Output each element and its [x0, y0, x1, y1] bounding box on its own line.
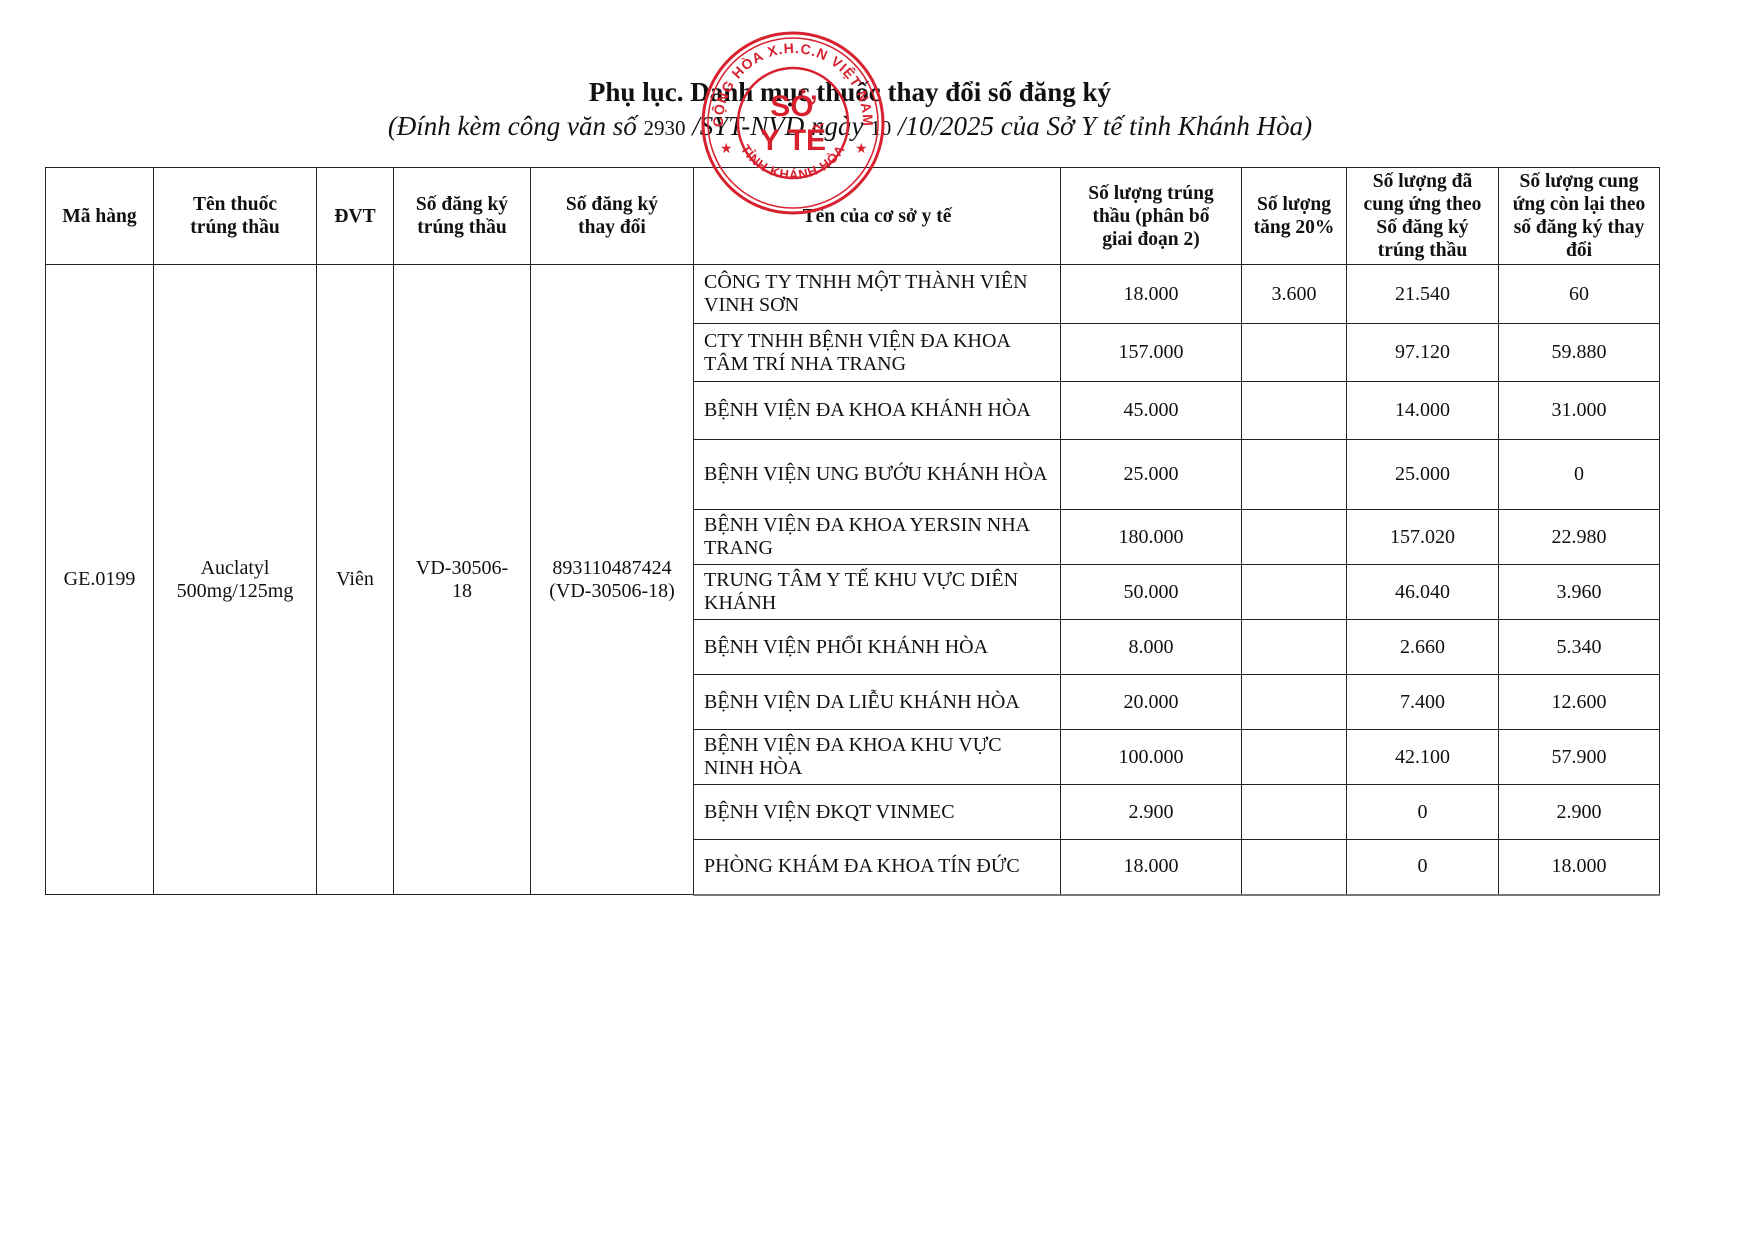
header-item-code: Mã hàng	[46, 168, 154, 265]
reg-changed-cell: 893110487424 (VD-30506-18)	[531, 265, 694, 895]
increase-20	[1242, 675, 1347, 730]
remaining-qty: 60	[1499, 265, 1660, 324]
supplied-qty: 46.040	[1347, 565, 1499, 620]
remaining-qty: 31.000	[1499, 382, 1660, 440]
awarded-qty: 157.000	[1061, 324, 1242, 382]
awarded-qty: 20.000	[1061, 675, 1242, 730]
doc-number: 2930	[644, 116, 686, 140]
increase-20	[1242, 440, 1347, 510]
supplied-qty: 0	[1347, 840, 1499, 895]
supplied-qty: 21.540	[1347, 265, 1499, 324]
awarded-qty: 25.000	[1061, 440, 1242, 510]
awarded-qty: 18.000	[1061, 265, 1242, 324]
remaining-qty: 18.000	[1499, 840, 1660, 895]
increase-20	[1242, 565, 1347, 620]
header-reg-changed: Số đăng ký thay đổi	[531, 168, 694, 265]
drug-registration-table: Mã hàng Tên thuốc trúng thầu ĐVT Số đăng…	[45, 167, 1660, 896]
unit-cell: Viên	[317, 265, 394, 895]
header-remaining: Số lượng cung ứng còn lại theo số đăng k…	[1499, 168, 1660, 265]
header-reg-awarded: Số đăng ký trúng thầu	[394, 168, 531, 265]
subtitle-prefix: (Đính kèm công văn số	[388, 111, 644, 141]
supplied-qty: 14.000	[1347, 382, 1499, 440]
awarded-qty: 18.000	[1061, 840, 1242, 895]
remaining-qty: 12.600	[1499, 675, 1660, 730]
supplied-qty: 25.000	[1347, 440, 1499, 510]
facility-name: BỆNH VIỆN PHỔI KHÁNH HÒA	[694, 620, 1061, 675]
awarded-qty: 8.000	[1061, 620, 1242, 675]
remaining-qty: 0	[1499, 440, 1660, 510]
awarded-qty: 100.000	[1061, 730, 1242, 785]
remaining-qty: 2.900	[1499, 785, 1660, 840]
increase-20	[1242, 620, 1347, 675]
increase-20	[1242, 382, 1347, 440]
remaining-qty: 5.340	[1499, 620, 1660, 675]
increase-20	[1242, 324, 1347, 382]
header-supplied: Số lượng đã cung ứng theo Số đăng ký trú…	[1347, 168, 1499, 265]
item-code-cell: GE.0199	[46, 265, 154, 895]
awarded-qty: 45.000	[1061, 382, 1242, 440]
document-subtitle: (Đính kèm công văn số 2930 /SYT-NVD ngày…	[0, 110, 1700, 144]
facility-name: PHÒNG KHÁM ĐA KHOA TÍN ĐỨC	[694, 840, 1061, 895]
awarded-qty: 50.000	[1061, 565, 1242, 620]
awarded-qty: 180.000	[1061, 510, 1242, 565]
table-row: GE.0199Auclatyl 500mg/125mgViênVD-30506-…	[46, 265, 1660, 324]
document-title: Phụ lục. Danh mục thuốc thay đổi số đăng…	[0, 76, 1700, 108]
doc-day: 10	[870, 116, 891, 140]
header-awarded-qty: Số lượng trúng thầu (phân bổ giai đoạn 2…	[1061, 168, 1242, 265]
awarded-qty: 2.900	[1061, 785, 1242, 840]
drug-name-cell: Auclatyl 500mg/125mg	[154, 265, 317, 895]
remaining-qty: 22.980	[1499, 510, 1660, 565]
facility-name: CÔNG TY TNHH MỘT THÀNH VIÊN VINH SƠN	[694, 265, 1061, 324]
remaining-qty: 59.880	[1499, 324, 1660, 382]
facility-name: BỆNH VIỆN UNG BƯỚU KHÁNH HÒA	[694, 440, 1061, 510]
subtitle-suffix: /10/2025 của Sở Y tế tỉnh Khánh Hòa)	[891, 111, 1312, 141]
reg-awarded-cell: VD-30506-18	[394, 265, 531, 895]
increase-20: 3.600	[1242, 265, 1347, 324]
supplied-qty: 7.400	[1347, 675, 1499, 730]
header-facility: Tên của cơ sở y tế	[694, 168, 1061, 265]
increase-20	[1242, 730, 1347, 785]
table-header-row: Mã hàng Tên thuốc trúng thầu ĐVT Số đăng…	[46, 168, 1660, 265]
increase-20	[1242, 510, 1347, 565]
remaining-qty: 3.960	[1499, 565, 1660, 620]
header-increase-20: Số lượng tăng 20%	[1242, 168, 1347, 265]
facility-name: BỆNH VIỆN ĐA KHOA YERSIN NHA TRANG	[694, 510, 1061, 565]
increase-20	[1242, 840, 1347, 895]
star-icon: ★	[720, 142, 733, 157]
star-icon: ★	[855, 142, 868, 157]
header-unit: ĐVT	[317, 168, 394, 265]
facility-name: BỆNH VIỆN ĐA KHOA KHU VỰC NINH HÒA	[694, 730, 1061, 785]
increase-20	[1242, 785, 1347, 840]
facility-name: CTY TNHH BỆNH VIỆN ĐA KHOA TÂM TRÍ NHA T…	[694, 324, 1061, 382]
facility-name: BỆNH VIỆN ĐKQT VINMEC	[694, 785, 1061, 840]
supplied-qty: 42.100	[1347, 730, 1499, 785]
facility-name: BỆNH VIỆN DA LIỄU KHÁNH HÒA	[694, 675, 1061, 730]
supplied-qty: 97.120	[1347, 324, 1499, 382]
supplied-qty: 0	[1347, 785, 1499, 840]
subtitle-middle: /SYT-NVD ngày	[686, 111, 871, 141]
facility-name: BỆNH VIỆN ĐA KHOA KHÁNH HÒA	[694, 382, 1061, 440]
remaining-qty: 57.900	[1499, 730, 1660, 785]
header-drug-name: Tên thuốc trúng thầu	[154, 168, 317, 265]
supplied-qty: 2.660	[1347, 620, 1499, 675]
supplied-qty: 157.020	[1347, 510, 1499, 565]
facility-name: TRUNG TÂM Y TẾ KHU VỰC DIÊN KHÁNH	[694, 565, 1061, 620]
